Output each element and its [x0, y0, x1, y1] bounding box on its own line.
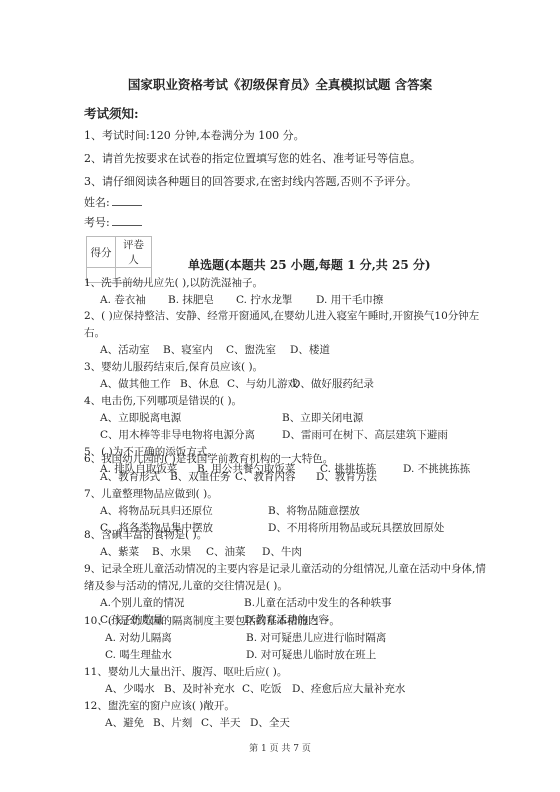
- document-title: 国家职业资格考试《初级保育员》全真模拟试题 含答案: [0, 75, 560, 93]
- notice-3: 3、请仔细阅读各种题目的回答要求,在密封线内答题,否则不予评分。: [84, 173, 417, 189]
- question-2-cont: 右。: [84, 325, 105, 340]
- question-9-cont: 绪及参与活动的情况,儿童的交往情况是( )。: [84, 578, 288, 593]
- q7-option-a[interactable]: A、将物品玩具归还原位: [100, 503, 213, 518]
- q7-option-d[interactable]: D、不用将所用物品或玩具摆放回原处: [268, 520, 444, 535]
- q10-option-a[interactable]: A. 对幼儿隔离: [105, 630, 172, 645]
- q2-option-c[interactable]: C、盥洗室: [226, 342, 276, 357]
- question-12: 12、盥洗室的窗户应该( )敞开。: [84, 698, 235, 713]
- q6-option-d[interactable]: D、教育方法: [316, 469, 377, 484]
- q8-option-d[interactable]: D、牛肉: [262, 544, 302, 559]
- q1-option-c[interactable]: C. 拧水龙掣: [236, 292, 292, 307]
- question-4: 4、电击伤,下列哪项是错误的( )。: [84, 393, 242, 408]
- grader-header: 评卷人: [116, 237, 152, 268]
- q1-option-a[interactable]: A. 卷衣袖: [100, 292, 146, 307]
- q8-option-b[interactable]: B、水果: [152, 544, 191, 559]
- q12-option-d[interactable]: D、全天: [250, 715, 290, 730]
- q3-option-a[interactable]: A、做其他工作: [100, 376, 171, 391]
- q4-option-c[interactable]: C、用木棒等非导电物将电源分离: [100, 427, 255, 442]
- q6-option-c[interactable]: C、教育内容: [235, 469, 296, 484]
- exam-page: 国家职业资格考试《初级保育员》全真模拟试题 含答案 考试须知: 1、考试时间:1…: [0, 0, 560, 792]
- question-7: 7、儿童整理物品应做到( )。: [84, 486, 218, 501]
- q6-option-b[interactable]: B、双重任务: [170, 469, 230, 484]
- q1-option-d[interactable]: D. 用干毛巾擦: [316, 292, 383, 307]
- page-footer: 第 1 页 共 7 页: [0, 741, 560, 754]
- question-6-visible: 6、我国幼儿园的( )是我国学前教育机构的一大特色。: [84, 451, 333, 466]
- q12-option-b[interactable]: B、片刻: [153, 715, 192, 730]
- name-blank[interactable]: [112, 196, 142, 206]
- q3-option-c[interactable]: C、与幼儿游戏: [227, 376, 298, 391]
- q2-option-b[interactable]: B、寝室内: [163, 342, 213, 357]
- question-3: 3、婴幼儿服药结束后,保育员应该( )。: [84, 359, 263, 374]
- notice-1: 1、考试时间:120 分钟,本卷满分为 100 分。: [84, 127, 305, 143]
- q1-option-b[interactable]: B. 抹肥皂: [168, 292, 214, 307]
- section-title: 单选题(本题共 25 小题,每题 1 分,共 25 分): [188, 256, 431, 273]
- q3-option-d[interactable]: D、做好服药纪录: [292, 376, 374, 391]
- q10-option-b[interactable]: B. 对可疑患儿应进行临时隔离: [246, 630, 386, 645]
- q12-option-c[interactable]: C、半天: [201, 715, 241, 730]
- q8-option-a[interactable]: A、紫菜: [100, 544, 139, 559]
- q5-option-d[interactable]: D. 不挑挑拣拣: [403, 461, 470, 476]
- question-2: 2、( )应保持整洁、安静、经常开窗通风,在婴幼儿进入寝室午睡时,开窗换气10分…: [84, 308, 479, 323]
- id-label: 考号:: [84, 216, 110, 229]
- q11-option-b[interactable]: B、及时补充水: [164, 681, 235, 696]
- name-label: 姓名:: [84, 196, 110, 209]
- q11-option-c[interactable]: C、吃饭: [242, 681, 282, 696]
- q10-option-c[interactable]: C. 喝生理盐水: [105, 647, 172, 662]
- q11-option-a[interactable]: A、少喝水: [105, 681, 155, 696]
- q3-option-b[interactable]: B、休息: [180, 376, 219, 391]
- q4-option-a[interactable]: A、立即脱离电源: [100, 410, 181, 425]
- q8-option-c[interactable]: C、油菜: [206, 544, 246, 559]
- question-10: 10、( )是幼儿园的隔离制度主要包括的基本措施之一。: [84, 613, 340, 628]
- q11-option-d[interactable]: D、痊愈后应大量补充水: [292, 681, 405, 696]
- q9-option-b[interactable]: B.儿童在活动中发生的各种轶事: [244, 595, 392, 610]
- q2-option-d[interactable]: D、楼道: [290, 342, 330, 357]
- score-header: 得分: [87, 237, 116, 268]
- question-9: 9、记录全班儿童活动情况的主要内容是记录儿童活动的分组情况,儿童在活动中身体,情: [84, 561, 486, 576]
- q9-option-a[interactable]: A.个别儿童的情况: [100, 595, 184, 610]
- id-blank[interactable]: [112, 216, 142, 226]
- question-11: 11、婴幼儿大量出汗、腹泻、呕吐后应( )。: [84, 664, 287, 679]
- q4-option-b[interactable]: B、立即关闭电源: [282, 410, 363, 425]
- name-field[interactable]: 姓名:: [84, 194, 142, 210]
- id-field[interactable]: 考号:: [84, 214, 142, 230]
- notice-2: 2、请首先按要求在试卷的指定位置填写您的姓名、准考证号等信息。: [84, 150, 421, 166]
- q12-option-a[interactable]: A、避免: [105, 715, 144, 730]
- question-8: 8、含碘丰富的食物是( )。: [84, 527, 207, 542]
- q6-option-a[interactable]: A、教育形式: [100, 469, 160, 484]
- q10-option-d[interactable]: D. 对可疑患儿临时放在班上: [246, 647, 376, 662]
- q4-option-d[interactable]: D、雷雨可在树下、高层建筑下避雨: [282, 427, 448, 442]
- notice-heading: 考试须知:: [84, 104, 139, 122]
- q7-option-b[interactable]: B、将物品随意摆放: [268, 503, 360, 518]
- question-1: 1、洗手前幼儿应先( ),以防洗湿袖子。: [84, 275, 263, 290]
- q2-option-a[interactable]: A、活动室: [100, 342, 150, 357]
